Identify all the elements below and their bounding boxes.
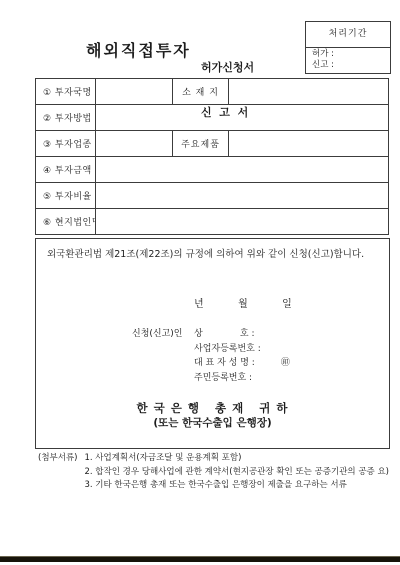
attachments-list: 1. 사업계획서(자금조달 및 운용계획 포함) 2. 합작인 경우 당해사업에… [84, 452, 389, 493]
applicant-row-resident-reg-no: 주민등록번호 : [132, 371, 290, 386]
seal-mark-icon: ㊞ [281, 356, 290, 371]
table-row-country: ① 투자국명 소 재 지 [36, 79, 389, 105]
label-location: 소 재 지 [173, 79, 229, 105]
table-row-industry: ③ 투자업종 주요제품 [36, 131, 389, 157]
field-main-products [229, 131, 389, 157]
applicant-block: 신청(신고)인 상 호 : 사업자등록번호 : 대 표 자 성 명 : ㊞ 주민… [132, 327, 290, 385]
label-representative-name: 대 표 자 성 명 : [194, 356, 255, 371]
investment-info-table: ① 투자국명 소 재 지 ② 투자방법 ③ 투자업종 주요제품 ④ 투자금액 ⑤… [35, 78, 389, 235]
field-investment-industry [96, 131, 173, 157]
applicant-row-company-name: 신청(신고)인 상 호 : [132, 327, 290, 342]
attachments-heading: (첨부서류) [38, 452, 77, 493]
table-row-local-company: ⑥ 현지법인명 [36, 209, 389, 235]
label-investment-industry: ③ 투자업종 [36, 131, 96, 157]
label-investment-country: ① 투자국명 [36, 79, 96, 105]
field-investment-method [96, 105, 389, 131]
label-investment-method: ② 투자방법 [36, 105, 96, 131]
label-resident-reg-no: 주민등록번호 : [194, 371, 252, 386]
form-title: 해외직접투자 [86, 38, 191, 61]
applicant-prefix: 신청(신고)인 [132, 327, 194, 342]
legal-statement: 외국환관리법 제21조(제22조)의 규정에 의하여 위와 같이 신청(신고)합… [47, 246, 364, 260]
label-investment-ratio: ⑤ 투자비율 [36, 183, 96, 209]
declaration-box: 외국환관리법 제21조(제22조)의 규정에 의하여 위와 같이 신청(신고)합… [35, 238, 390, 449]
processing-period-box: 처리기간 허가 : 신고 : [305, 21, 391, 74]
label-company-name: 상 호 : [194, 327, 254, 342]
field-location [229, 79, 389, 105]
attachment-item-3: 3. 기타 한국은행 총재 또는 한국수출입 은행장이 제출을 요구하는 서류 [84, 479, 389, 493]
label-local-company-name: ⑥ 현지법인명 [36, 209, 96, 235]
applicant-row-business-reg-no: 사업자등록번호 : [132, 342, 290, 357]
attachment-item-1: 1. 사업계획서(자금조달 및 운용계획 포함) [84, 452, 389, 466]
field-investment-country [96, 79, 173, 105]
processing-permit-line: 허가 : [312, 49, 384, 60]
applicant-row-representative-name: 대 표 자 성 명 : ㊞ [132, 356, 290, 371]
recipient-exim-bank: (또는 한국수출입 은행장) [36, 416, 389, 431]
attachment-item-2: 2. 합작인 경우 당해사업에 관한 계약서(현지공관장 확인 또는 공증기관의… [84, 466, 389, 480]
processing-period-header: 처리기간 [306, 22, 390, 48]
overseas-investment-form-page: 해외직접투자 허가신청서 신 고 서 처리기간 허가 : 신고 : ① 투자국명… [0, 0, 400, 565]
label-business-reg-no: 사업자등록번호 : [194, 342, 261, 357]
table-row-amount: ④ 투자금액 [36, 157, 389, 183]
table-row-method: ② 투자방법 [36, 105, 389, 131]
recipient-bank-of-korea: 한 국 은 행 총 재 귀 하 [36, 400, 389, 416]
processing-period-body: 허가 : 신고 : [306, 48, 390, 73]
attachments-section: (첨부서류) 1. 사업계획서(자금조달 및 운용계획 포함) 2. 합작인 경… [38, 452, 389, 493]
form-subtitle-permit-application: 허가신청서 [201, 60, 254, 75]
date-line: 년 월 일 [194, 295, 293, 310]
field-investment-ratio [96, 183, 389, 209]
field-investment-amount [96, 157, 389, 183]
table-row-ratio: ⑤ 투자비율 [36, 183, 389, 209]
recipient-block: 한 국 은 행 총 재 귀 하 (또는 한국수출입 은행장) [36, 400, 389, 431]
label-main-products: 주요제품 [173, 131, 229, 157]
field-local-company-name [96, 209, 389, 235]
page-edge-bar [0, 556, 400, 562]
label-investment-amount: ④ 투자금액 [36, 157, 96, 183]
processing-report-line: 신고 : [312, 60, 384, 71]
